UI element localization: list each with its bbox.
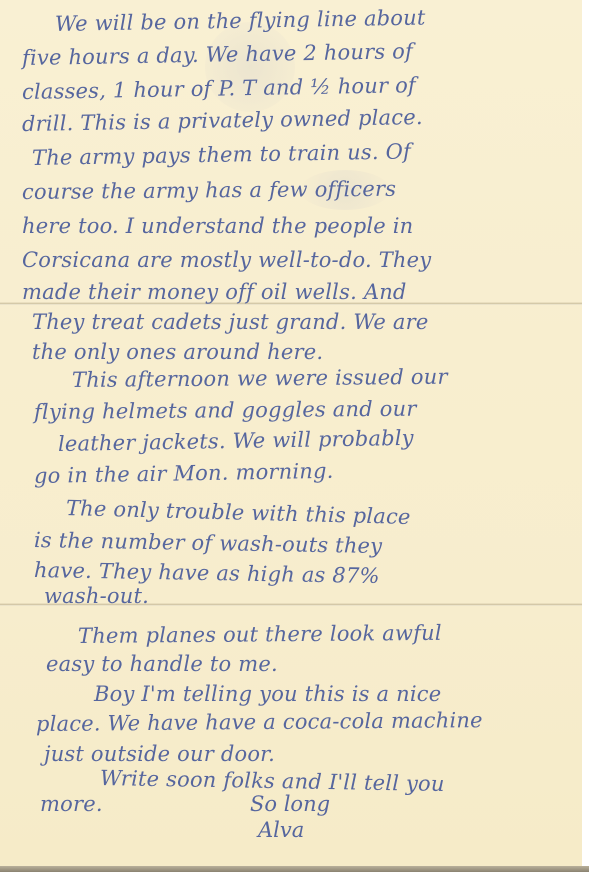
signature: Alva	[258, 818, 304, 842]
letter-line: course the army has a few officers	[22, 177, 396, 204]
letter-line: This afternoon we were issued our	[72, 365, 448, 392]
page-bottom-edge	[0, 866, 589, 872]
letter-line: here too. I understand the people in	[22, 214, 413, 238]
letter-line: The army pays them to train us. Of	[32, 139, 411, 170]
letter-line: place. We have have a coca-cola machine	[36, 708, 483, 736]
letter-line: Boy I'm telling you this is a nice	[94, 682, 441, 706]
closing: So long	[250, 792, 330, 816]
letter-line: They treat cadets just grand. We are	[32, 310, 429, 334]
letter-page: We will be on the flying line about five…	[0, 0, 582, 866]
letter-line: is the number of wash-outs they	[34, 528, 383, 558]
letter-line: drill. This is a privately owned place.	[22, 105, 423, 136]
letter-line: go in the air Mon. morning.	[34, 459, 334, 488]
letter-line: The only trouble with this place	[66, 496, 411, 529]
letter-line: leather jackets. We will probably	[58, 426, 414, 456]
letter-line: just outside our door.	[44, 742, 275, 766]
letter-line: the only ones around here.	[32, 340, 323, 364]
letter-line: We will be on the flying line about	[55, 6, 426, 36]
letter-line: wash-out.	[44, 584, 149, 608]
letter-line: easy to handle to me.	[46, 652, 278, 676]
letter-line: Corsicana are mostly well-to-do. They	[22, 248, 431, 272]
letter-line: five hours a day. We have 2 hours of	[22, 39, 413, 70]
letter-line: classes, 1 hour of P. T and ½ hour of	[22, 73, 416, 104]
letter-line: Them planes out there look awful	[78, 621, 442, 648]
letter-line: flying helmets and goggles and our	[34, 397, 417, 424]
letter-line: more.	[40, 792, 103, 816]
letter-line: made their money off oil wells. And	[22, 280, 407, 304]
